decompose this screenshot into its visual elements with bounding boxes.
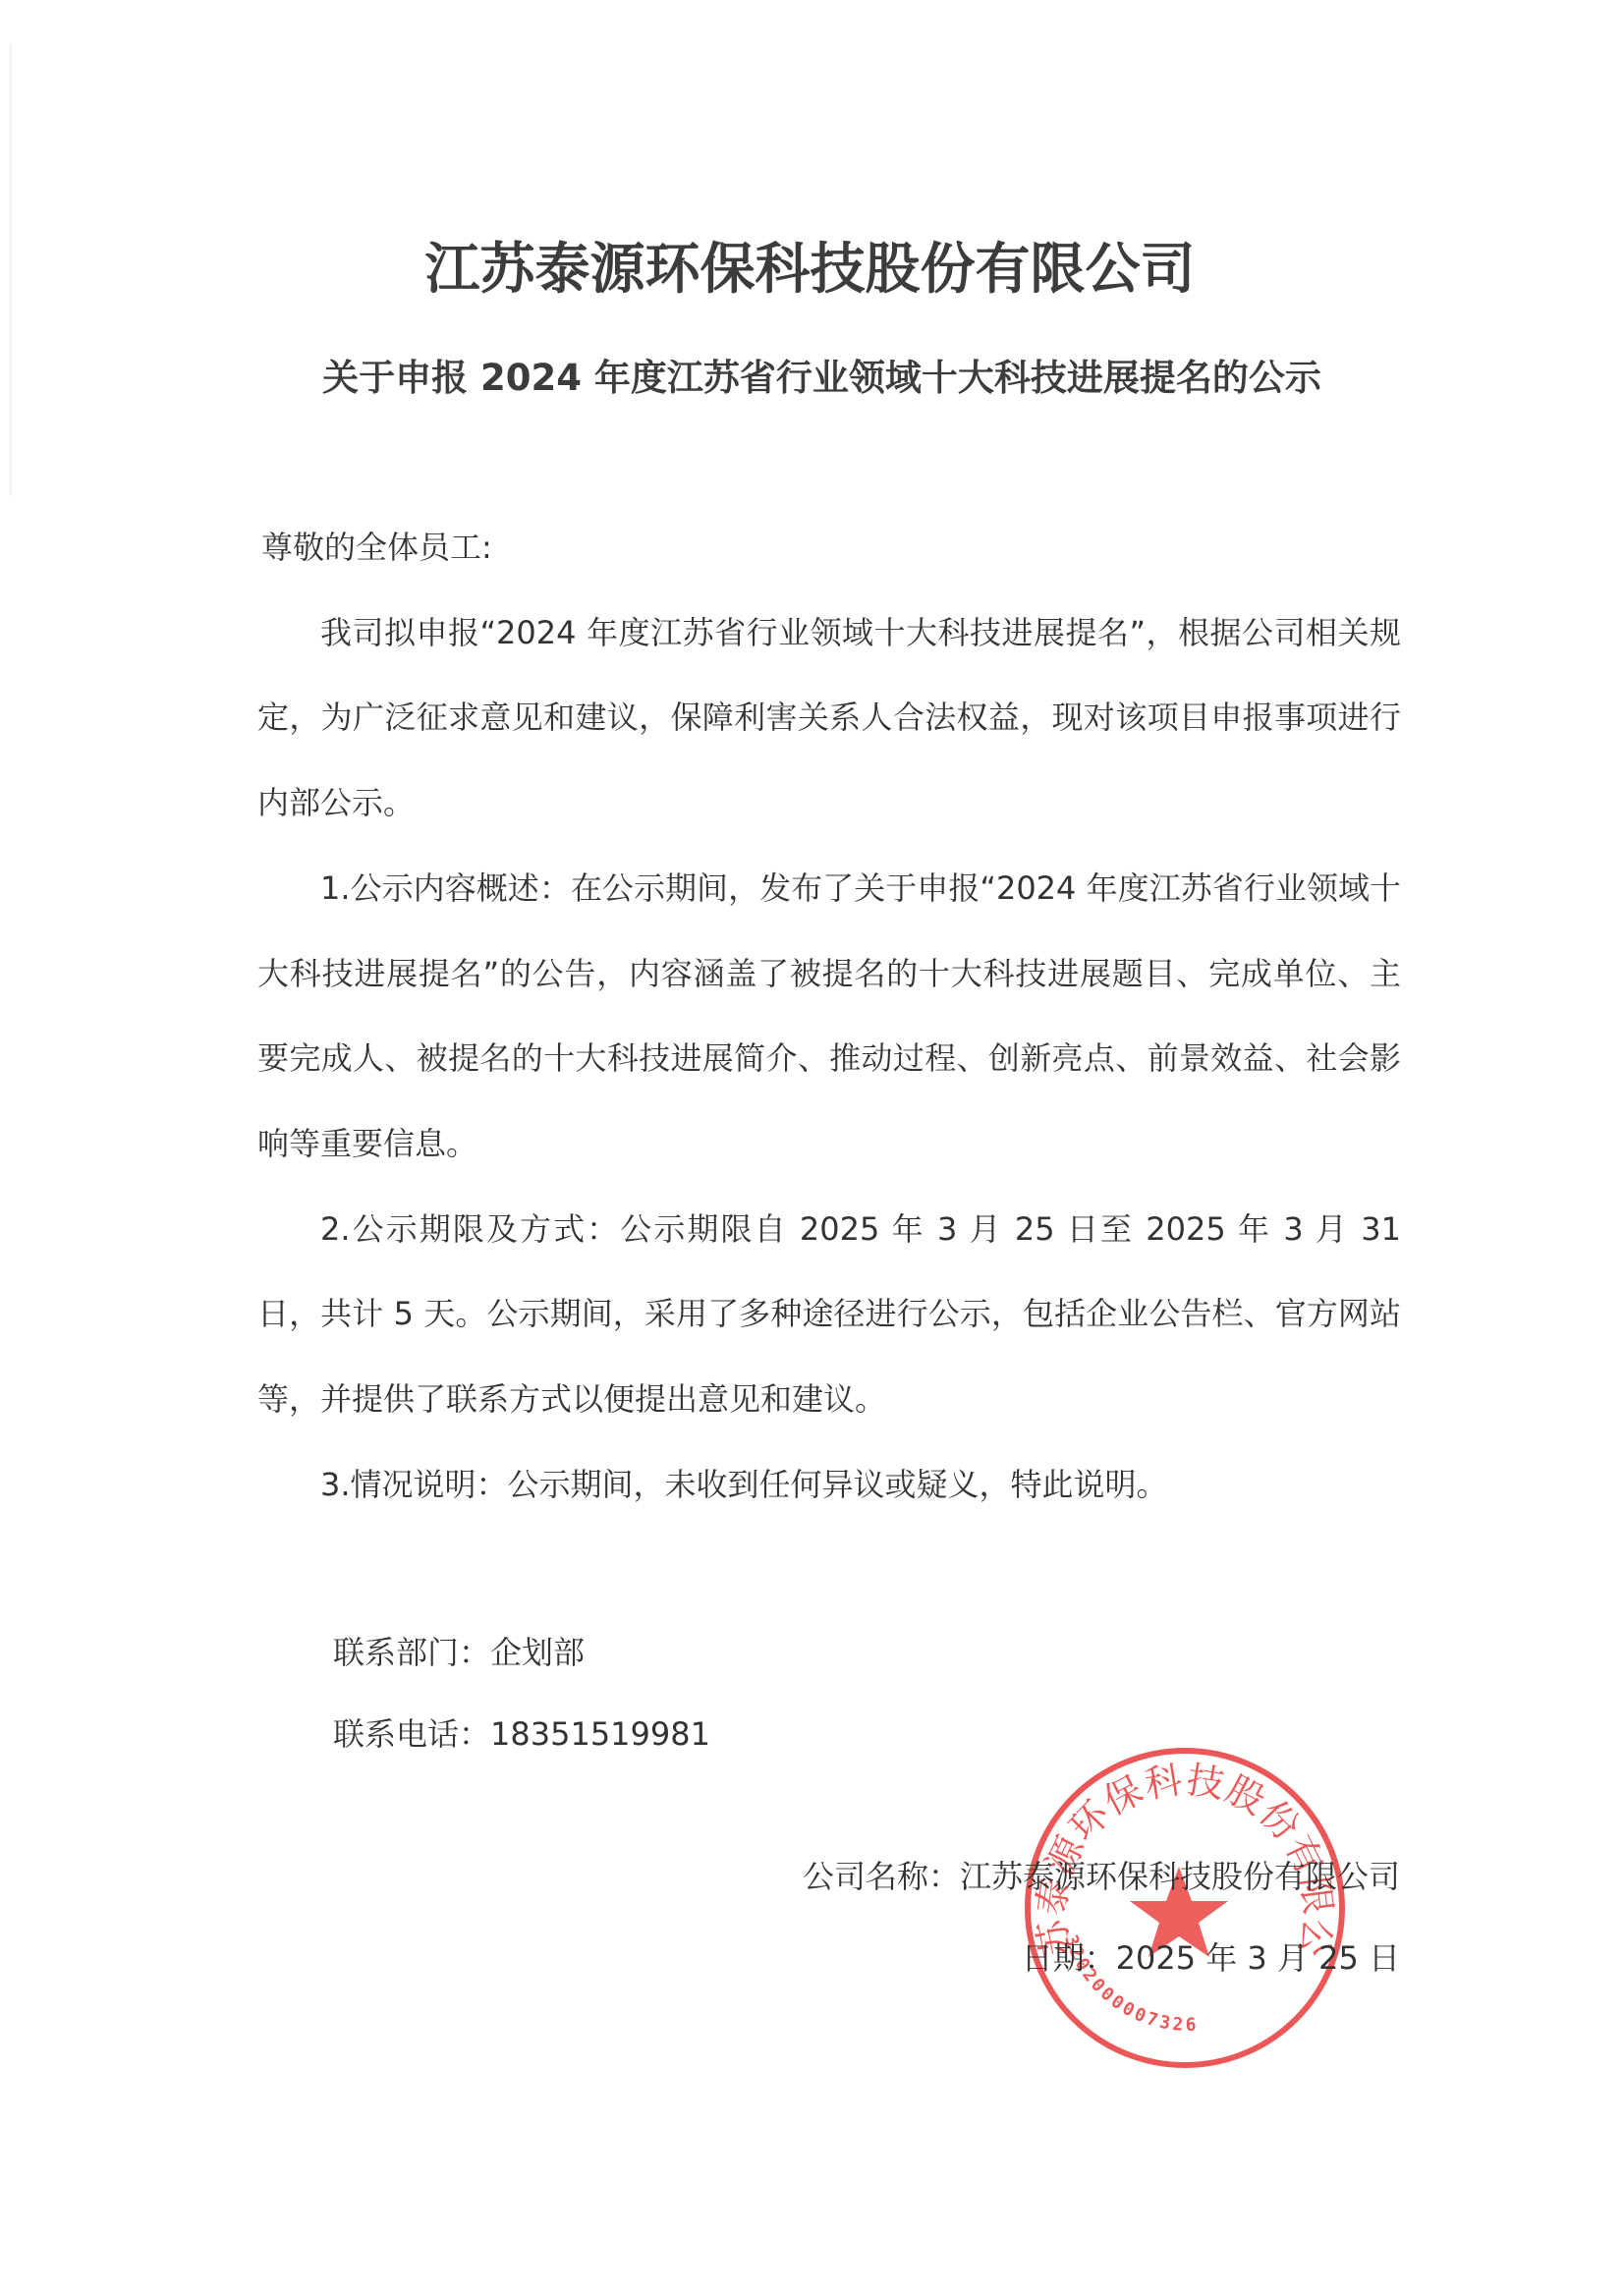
contact-phone-label: 联系电话： — [333, 1715, 490, 1753]
signature-company: 公司名称：江苏泰源环保科技股份有限公司 — [803, 1855, 1400, 1898]
contact-department-label: 联系部门： — [333, 1634, 490, 1671]
paragraph-intro: 我司拟申报“2024 年度江苏省行业领域十大科技进展提名”，根据公司相关规定，为… — [257, 590, 1401, 846]
document-subtitle: 关于申报 2024 年度江苏省行业领域十大科技进展提名的公示 — [10, 354, 1624, 403]
signature-date-value: 2025 年 3 月 25 日 — [1116, 1939, 1400, 1977]
paragraph-item-3: 3.情况说明：公示期间，未收到任何异议或疑义，特此说明。 — [257, 1442, 1401, 1528]
document-title: 江苏泰源环保科技股份有限公司 — [0, 234, 1622, 307]
document-body: 尊敬的全体员工: 我司拟申报“2024 年度江苏省行业领域十大科技进展提名”，根… — [257, 505, 1401, 1527]
company-seal-stamp: 江苏泰源环保科技股份有限公司 3202000007326 — [1018, 1741, 1352, 2075]
signature-company-label: 公司名称： — [803, 1858, 960, 1895]
contact-department-value: 企划部 — [490, 1634, 585, 1671]
paragraph-item-2: 2.公示期限及方式：公示期限自 2025 年 3 月 25 日至 2025 年 … — [257, 1187, 1401, 1442]
contact-department: 联系部门：企划部 — [333, 1631, 585, 1674]
greeting: 尊敬的全体员工: — [261, 505, 1401, 590]
contact-phone: 联系电话：18351519981 — [333, 1712, 710, 1756]
contact-phone-value: 18351519981 — [490, 1715, 710, 1753]
paragraph-item-1: 1.公示内容概述：在公示期间，发布了关于申报“2024 年度江苏省行业领域十大科… — [257, 846, 1401, 1187]
signature-company-value: 江苏泰源环保科技股份有限公司 — [960, 1858, 1400, 1895]
signature-date: 日期：2025 年 3 月 25 日 — [1022, 1936, 1400, 1980]
signature-date-label: 日期： — [1022, 1939, 1116, 1977]
